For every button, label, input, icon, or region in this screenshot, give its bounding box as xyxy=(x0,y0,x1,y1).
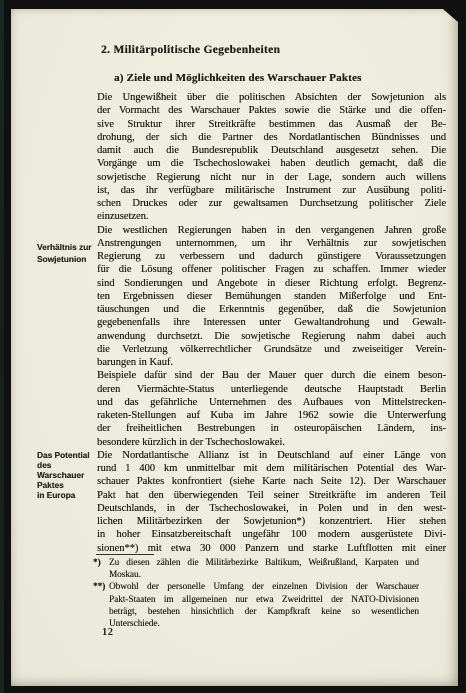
page-number: 12 xyxy=(102,627,114,638)
footnote-1: *) Zu diesen zählen die Militärbezirke B… xyxy=(93,556,419,580)
book-spine-edge xyxy=(0,0,4,693)
section-heading: 2. Militärpolitische Gegebenheiten xyxy=(101,44,280,56)
margin-note-relationship-soviet-union: Verhältnis zurSowjetunion xyxy=(37,241,97,265)
subsection-heading: a) Ziele und Möglichkeiten des Warschaue… xyxy=(114,72,362,84)
paragraph-uncertainty: Die Ungewißheit über die politischen Abs… xyxy=(97,91,446,224)
footnote-1-text: Zu diesen zählen die Militärbezirke Balt… xyxy=(109,556,419,580)
footnotes-block: *) Zu diesen zählen die Militärbezirke B… xyxy=(93,556,419,629)
paragraph-nato-alliance: Die Nordatlantische Allianz ist in Deuts… xyxy=(97,449,446,555)
body-text-column: Die Ungewißheit über die politischen Abs… xyxy=(97,91,446,555)
margin-note-warsaw-pact-potential: Das PotentialdesWarschauerPaktesin Europ… xyxy=(37,450,97,500)
footnote-1-marker: *) xyxy=(93,556,101,568)
footnote-2-marker: **) xyxy=(93,580,105,592)
footnote-2: **) Obwohl der personelle Umfang der ein… xyxy=(93,580,419,629)
paragraph-western-governments: Die westlichen Regierungen haben in den … xyxy=(97,224,446,370)
paragraph-examples: Beispiele dafür sind der Bau der Mauer q… xyxy=(97,369,446,449)
footnote-2-text: Obwohl der personelle Umfang der einzeln… xyxy=(109,580,419,629)
book-page: 2. Militärpolitische Gegebenheiten a) Zi… xyxy=(11,9,458,686)
scanned-book-photo: 2. Militärpolitische Gegebenheiten a) Zi… xyxy=(0,0,466,693)
